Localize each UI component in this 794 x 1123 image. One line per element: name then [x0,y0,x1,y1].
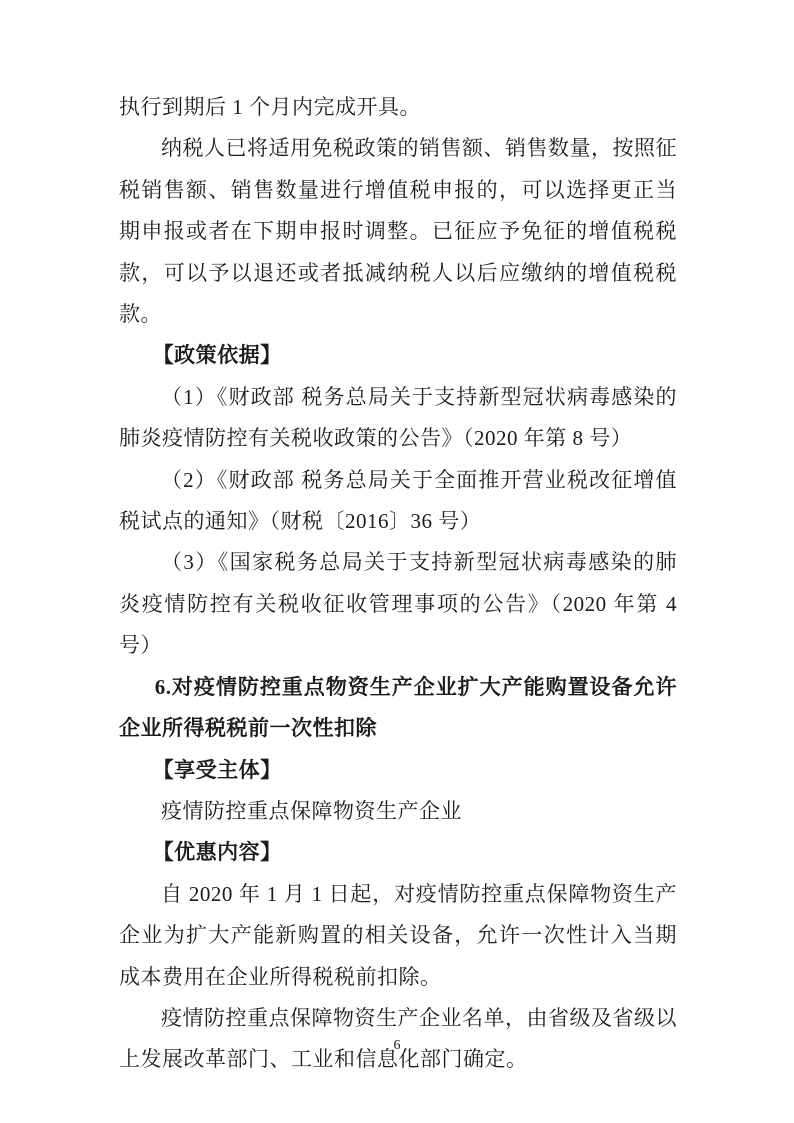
paragraph: 疫情防控重点保障物资生产企业 [119,791,677,832]
paragraph: 纳税人已将适用免税政策的销售额、销售数量，按照征税销售额、销售数量进行增值税申报… [119,128,677,335]
policy-reference-item: （2）《财政部 税务总局关于全面推开营业税改征增值税试点的通知》（财税〔2016… [119,460,677,543]
policy-basis-heading: 【政策依据】 [119,335,677,376]
paragraph: 自 2020 年 1 月 1 日起，对疫情防控重点保障物资生产企业为扩大产能新购… [119,874,677,998]
beneficiary-heading: 【享受主体】 [119,750,677,791]
page-number: 6 [0,1036,794,1056]
section-title: 6.对疫情防控重点物资生产企业扩大产能购置设备允许企业所得税税前一次性扣除 [119,667,677,750]
policy-reference-item: （3）《国家税务总局关于支持新型冠状病毒感染的肺炎疫情防控有关税收征收管理事项的… [119,542,677,666]
document-body: 执行到期后 1 个月内完成开具。 纳税人已将适用免税政策的销售额、销售数量，按照… [119,87,677,1081]
policy-reference-item: （1）《财政部 税务总局关于支持新型冠状病毒感染的肺炎疫情防控有关税收政策的公告… [119,377,677,460]
document-page: 执行到期后 1 个月内完成开具。 纳税人已将适用免税政策的销售额、销售数量，按照… [0,0,794,1123]
paragraph-continuation: 执行到期后 1 个月内完成开具。 [119,87,677,128]
benefit-content-heading: 【优惠内容】 [119,832,677,873]
